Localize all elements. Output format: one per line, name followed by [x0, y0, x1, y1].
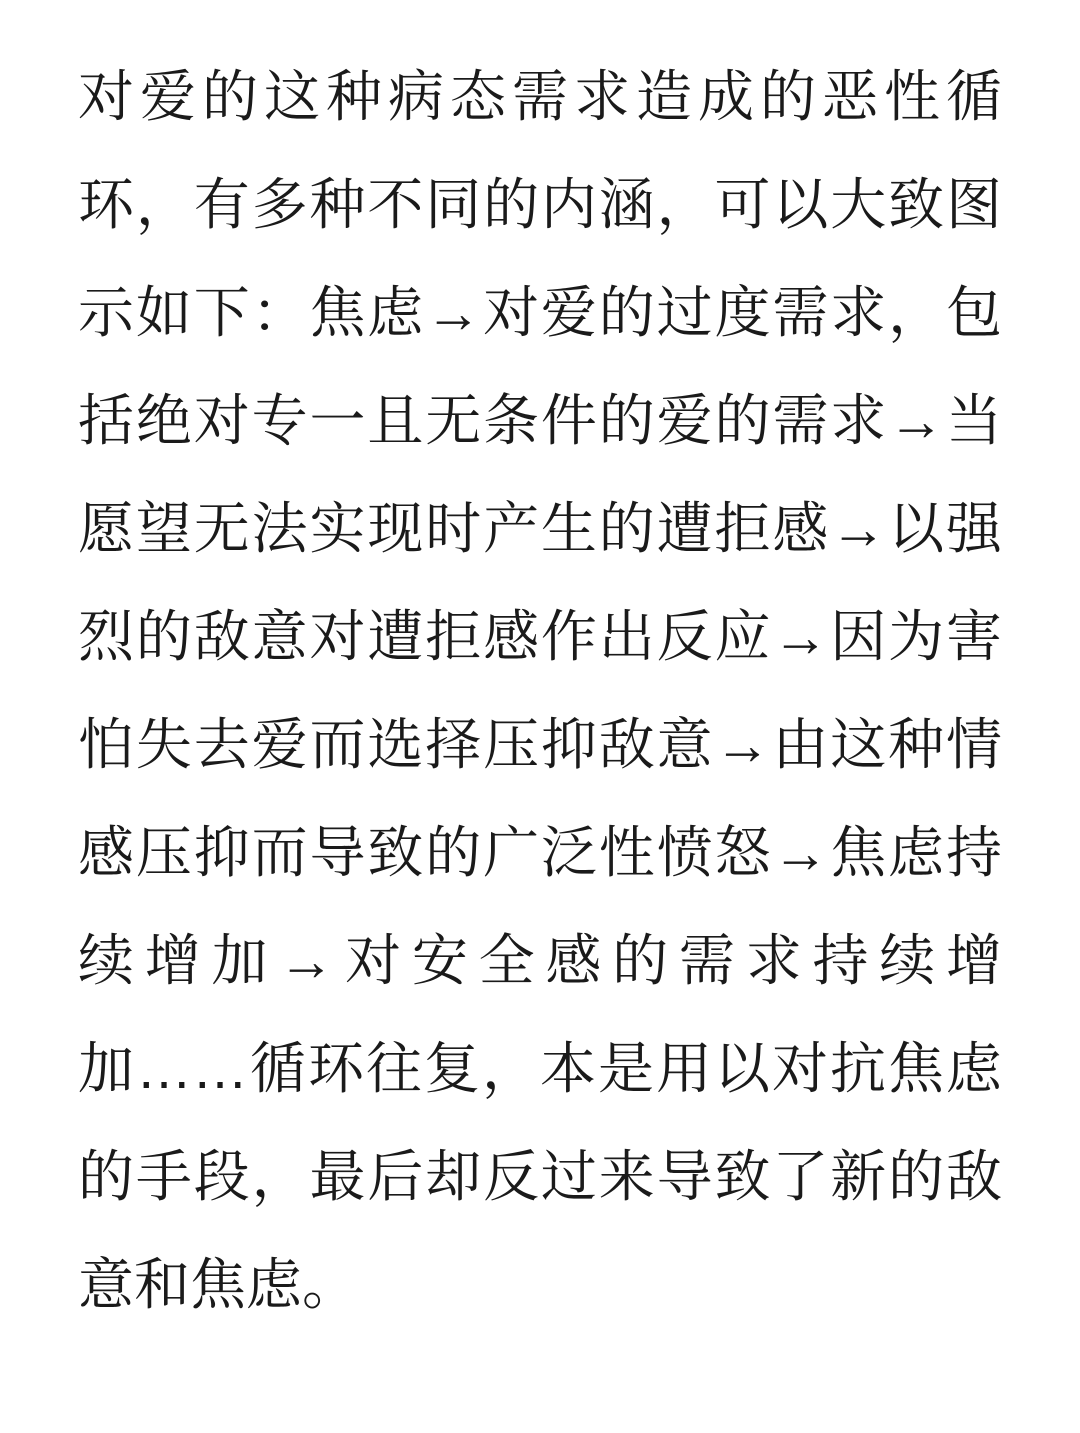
text-line: 愿望无法实现时产生的遭拒感→以强: [78, 475, 1002, 583]
text-line: 感压抑而导致的广泛性愤怒→焦虑持: [78, 799, 1002, 907]
reader-page[interactable]: 对爱的这种病态需求造成的恶性循 环，有多种不同的内涵，可以大致图 示如下：焦虑→…: [0, 0, 1080, 1433]
text-line: 环，有多种不同的内涵，可以大致图: [78, 151, 1002, 259]
text-line: 示如下：焦虑→对爱的过度需求，包: [78, 259, 1002, 367]
text-line: 续增加→对安全感的需求持续增: [78, 907, 1002, 1015]
text-line: 括绝对专一且无条件的爱的需求→当: [78, 367, 1002, 475]
text-line: 烈的敌意对遭拒感作出反应→因为害: [78, 583, 1002, 691]
text-line: 对爱的这种病态需求造成的恶性循: [78, 43, 1002, 151]
text-line: 加……循环往复，本是用以对抗焦虑: [78, 1015, 1002, 1123]
text-line: 的手段，最后却反过来导致了新的敌: [78, 1123, 1002, 1231]
text-line: 怕失去爱而选择压抑敌意→由这种情: [78, 691, 1002, 799]
text-line: 意和焦虑。: [78, 1231, 1002, 1339]
